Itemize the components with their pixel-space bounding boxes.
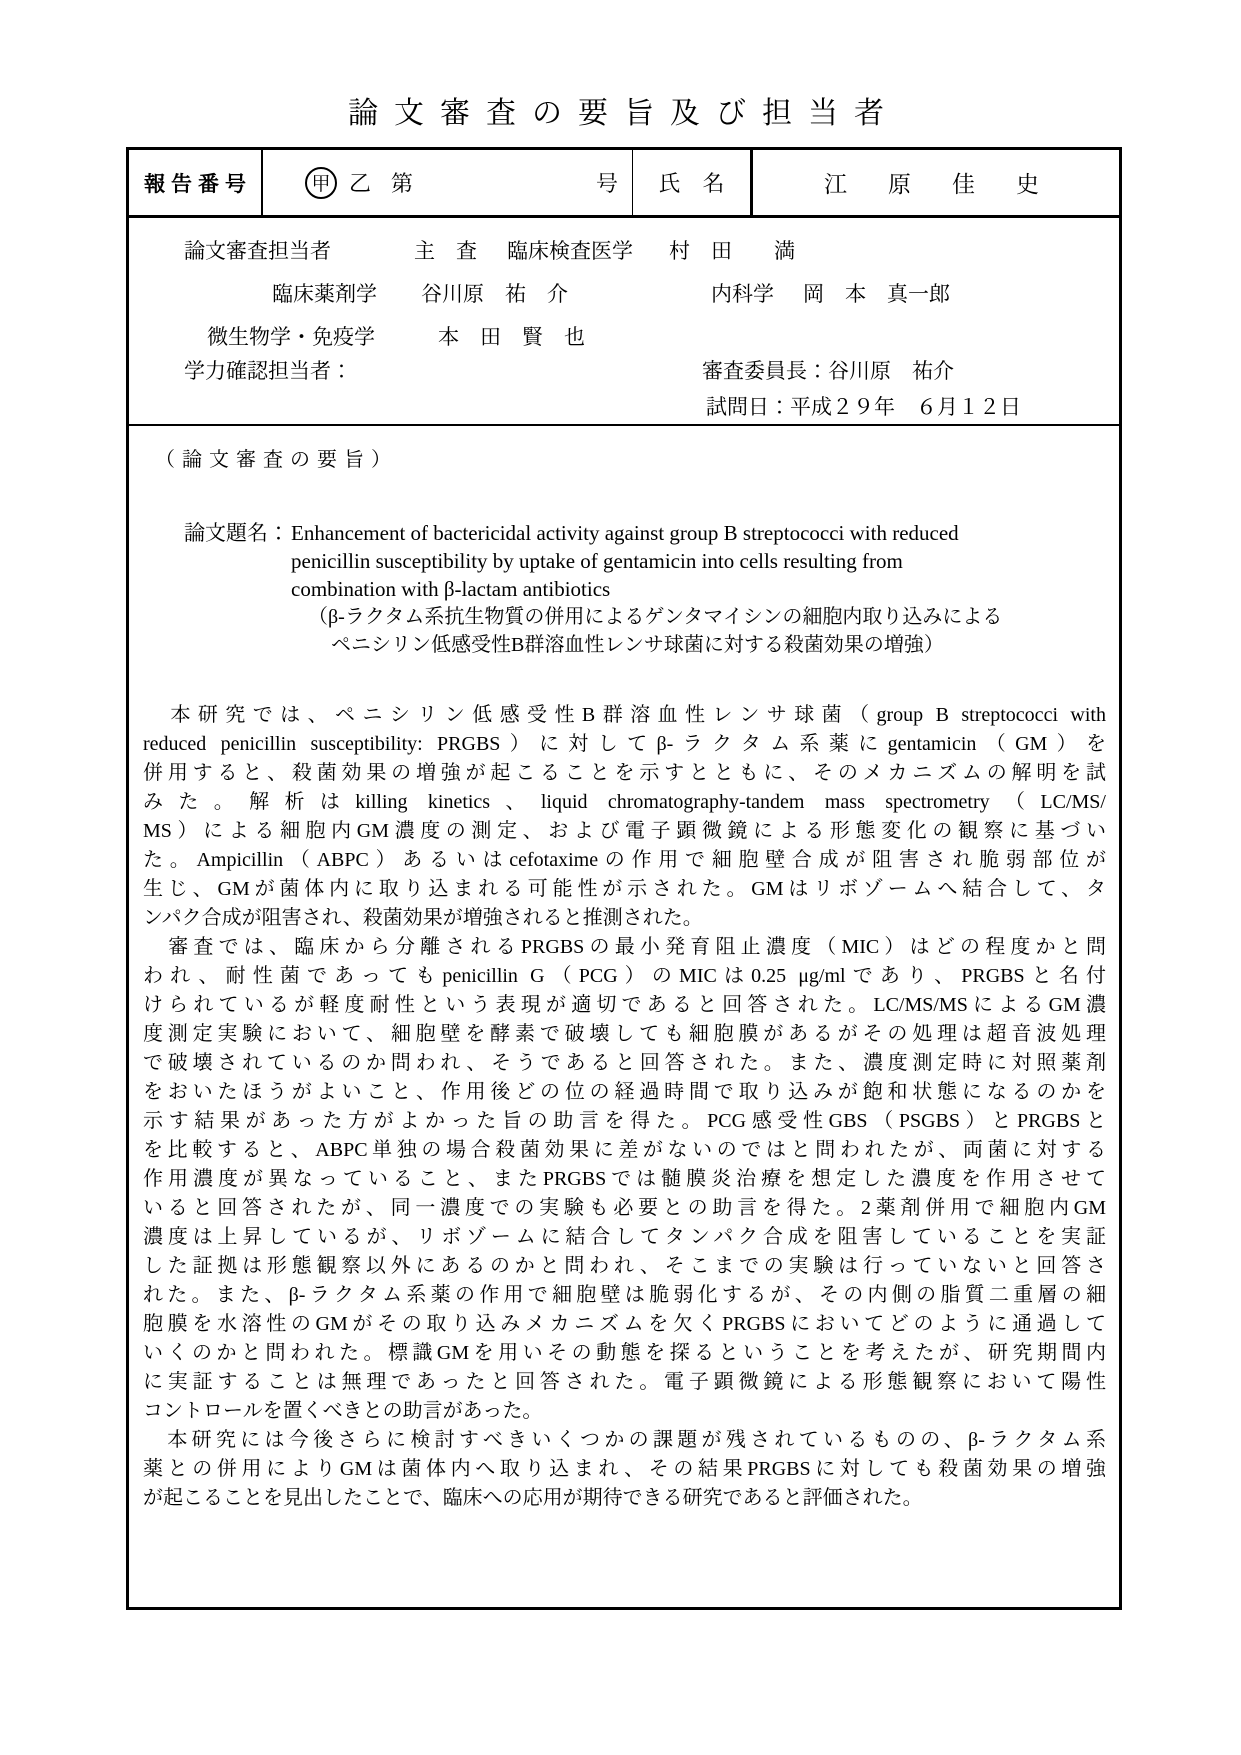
body-line: reduced penicillin susceptibility: PRGBS… xyxy=(143,730,1106,759)
body-line: 示す結果があった方がよかった旨の助言を得た。PCG感受性GBS（PSGBS）とP… xyxy=(143,1107,1106,1136)
report-header-row: 報告番号 甲 乙 第 号 氏 名 江 原 佳 史 xyxy=(129,150,1119,218)
chair-line: 審査委員長：谷川原 祐介 xyxy=(702,355,954,385)
summary-section: （論文審査の要旨） 論文題名： Enhancement of bacterici… xyxy=(129,426,1119,1607)
body-line: が起こることを見出したことで、臨床への応用が期待できる研究であると評価された。 xyxy=(143,1484,1106,1513)
body-line: MS）による細胞内GM濃度の測定、および電子顕微鏡による形態変化の観察に基づい xyxy=(143,817,1106,846)
review-summary-body: 本研究では、ペニシリン低感受性B群溶血性レンサ球菌（group B strept… xyxy=(129,701,1119,1513)
body-line: 薬との併用によりGMは菌体内へ取り込まれ、その結果PRGBSに対しても殺菌効果の… xyxy=(143,1455,1106,1484)
chief-field: 臨床検査医学 xyxy=(507,235,633,265)
report-number-label: 報告番号 xyxy=(129,150,263,215)
thesis-title-line: 論文題名： Enhancement of bactericidal activi… xyxy=(129,519,1119,547)
body-line: コントロールを置くべきとの助言があった。 xyxy=(143,1397,1106,1426)
body-line: 審査では、臨床から分離されるPRGBSの最小発育阻止濃度（MIC）はどの程度かと… xyxy=(143,933,1106,962)
thesis-title-label: 論文題名： xyxy=(184,519,289,547)
document-title: 論文審査の要旨及び担当者 xyxy=(126,88,1122,132)
member3-field: 内科学 xyxy=(711,278,774,308)
body-line: を比較すると、ABPC単独の場合殺菌効果に差がないのではと問われたが、両菌に対す… xyxy=(143,1136,1106,1165)
dai-prefix: 第 xyxy=(391,167,413,198)
name-value: 江 原 佳 史 xyxy=(753,150,1119,215)
reviewers-label: 論文審査担当者 xyxy=(184,235,331,265)
otsu-mark: 乙 xyxy=(349,167,371,198)
body-line: 度測定実験において、細胞壁を酵素で破壊しても細胞膜があるがその処理は超音波処理 xyxy=(143,1020,1106,1049)
thesis-title-en-line: penicillin susceptibility by uptake of g… xyxy=(291,547,1119,575)
body-line: 胞膜を水溶性のGMがその取り込みメカニズムを欠くPRGBSにおいてどのように通過… xyxy=(143,1310,1106,1339)
body-line: 作用濃度が異なっていること、またPRGBSでは髄膜炎治療を想定した濃度を作用させ… xyxy=(143,1165,1106,1194)
member2-name: 谷川原 祐 介 xyxy=(421,278,568,308)
body-line: みた。解析はkilling kinetics、liquid chromatogr… xyxy=(143,788,1106,817)
chief-name: 村 田 満 xyxy=(669,235,795,265)
member3-name: 岡 本 真一郎 xyxy=(803,278,950,308)
thesis-title-ja-line: ペニシリン低感受性B群溶血性レンサ球菌に対する殺菌効果の増強） xyxy=(331,631,1119,659)
body-line: われ、耐性菌であってもpenicillin G（PCG）のMICは0.25 μg… xyxy=(143,962,1106,991)
body-line: 濃度は上昇しているが、リボゾームに結合してタンパク合成を阻害していることを実証 xyxy=(143,1223,1106,1252)
body-line: 併用すると、殺菌効果の増強が起こることを示すとともに、そのメカニズムの解明を試 xyxy=(143,759,1106,788)
body-line: した証拠は形態観察以外にあるのかと問われ、そこまでの実験は行っていないと回答さ xyxy=(143,1252,1106,1281)
kou-circled-mark: 甲 xyxy=(305,167,337,199)
body-line: た。Ampicillin（ABPC）あるいはcefotaximeの作用で細胞壁合… xyxy=(143,846,1106,875)
body-line: いると回答されたが、同一濃度での実験も必要との助言を得た。2薬剤併用で細胞内GM xyxy=(143,1194,1106,1223)
exam-date-line: 試問日：平成２９年 ６月１２日 xyxy=(706,391,1021,421)
member2-field: 臨床薬剤学 xyxy=(272,278,377,308)
thesis-title-block: 論文題名： Enhancement of bactericidal activi… xyxy=(129,519,1119,659)
body-line: いくのかと問われた。標識GMを用いその動態を探るということを考えたが、研究期間内 xyxy=(143,1339,1106,1368)
body-line: ンパク合成が阻害され、殺菌効果が増強されると推測された。 xyxy=(143,904,1106,933)
member4-field: 微生物学・免疫学 xyxy=(207,321,375,351)
name-label: 氏 名 xyxy=(633,150,753,215)
thesis-title-en-line: combination with β-lactam antibiotics xyxy=(291,575,1119,603)
body-line: れた。また、β-ラクタム系薬の作用で細胞壁は脆弱化するが、その内側の脂質二重層の… xyxy=(143,1281,1106,1310)
thesis-title-ja-line: （β-ラクタム系抗生物質の併用によるゲンタマイシンの細胞内取り込みによる xyxy=(308,603,1119,631)
committee-section: 論文審査担当者 主 査 臨床検査医学 村 田 満 臨床薬剤学 谷川原 祐 介 内… xyxy=(129,218,1119,426)
body-line: に実証することは無理であったと回答された。電子顕微鏡による形態観察において陽性 xyxy=(143,1368,1106,1397)
gou-suffix: 号 xyxy=(596,167,618,198)
report-number-cell: 甲 乙 第 号 xyxy=(263,150,633,215)
academic-check-label: 学力確認担当者： xyxy=(184,355,352,385)
thesis-title-en-line: Enhancement of bactericidal activity aga… xyxy=(291,519,959,547)
thesis-review-document: 論文審査の要旨及び担当者 報告番号 甲 乙 第 号 氏 名 江 原 佳 史 論文… xyxy=(0,0,1241,1755)
body-line: 生じ、GMが菌体内に取り込まれる可能性が示された。GMはリボゾームへ結合して、タ xyxy=(143,875,1106,904)
body-line: 本研究では、ペニシリン低感受性B群溶血性レンサ球菌（group B strept… xyxy=(143,701,1106,730)
body-line: 本研究には今後さらに検討すべきいくつかの課題が残されているものの、β-ラクタム系 xyxy=(143,1426,1106,1455)
body-line: で破壊されているのか問われ、そうであると回答された。また、濃度測定時に対照薬剤 xyxy=(143,1049,1106,1078)
document-frame: 報告番号 甲 乙 第 号 氏 名 江 原 佳 史 論文審査担当者 主 査 臨床検… xyxy=(126,147,1122,1610)
chief-role: 主 査 xyxy=(414,235,477,265)
body-line: けられているが軽度耐性という表現が適切であると回答された。LC/MS/MSによる… xyxy=(143,991,1106,1020)
body-line: をおいたほうがよいこと、作用後どの位の経過時間で取り込みが飽和状態になるのかを xyxy=(143,1078,1106,1107)
member4-name: 本 田 賢 也 xyxy=(438,321,585,351)
summary-heading: （論文審査の要旨） xyxy=(155,447,1119,473)
